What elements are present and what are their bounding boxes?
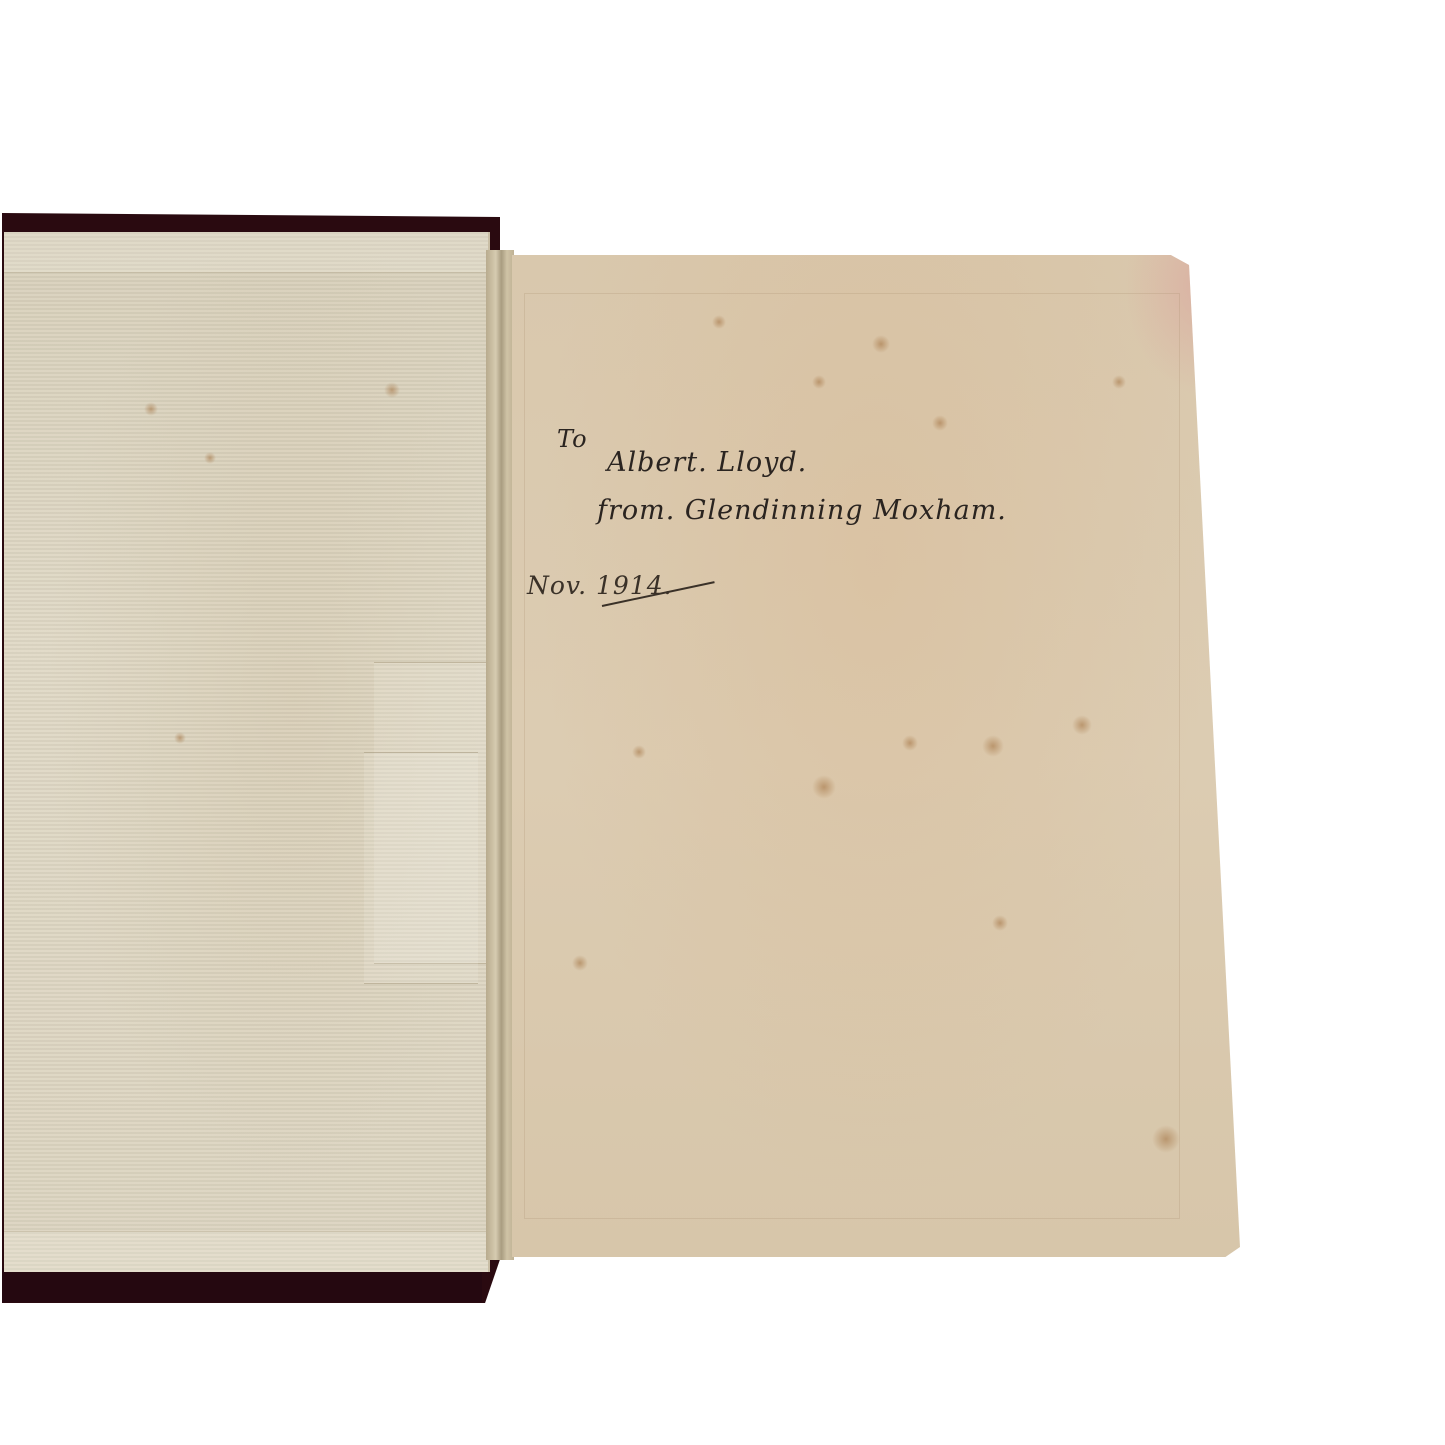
foxing-spot xyxy=(174,732,186,744)
book-cover-bottom-edge xyxy=(2,1268,482,1302)
foxing-spot xyxy=(384,382,400,398)
left-endpaper xyxy=(4,232,490,1272)
book-photo: To Albert. Lloyd. from. Glendinning Moxh… xyxy=(0,0,1445,1445)
endpaper-turn-in-top xyxy=(4,232,488,273)
foxing-spot xyxy=(144,402,158,416)
endpaper-hinge-tab-lower xyxy=(364,752,478,984)
endpaper-turn-in-bottom xyxy=(4,1231,488,1272)
foxing-spot xyxy=(204,452,216,464)
book-gutter xyxy=(486,250,514,1260)
handwritten-inscription: To Albert. Lloyd. from. Glendinning Moxh… xyxy=(512,255,1240,1257)
inscription-recipient: Albert. Lloyd. xyxy=(607,447,807,478)
right-flyleaf: To Albert. Lloyd. from. Glendinning Moxh… xyxy=(512,255,1240,1257)
inscription-to: To xyxy=(557,425,588,453)
inscription-from: from. Glendinning Moxham. xyxy=(597,495,1007,526)
